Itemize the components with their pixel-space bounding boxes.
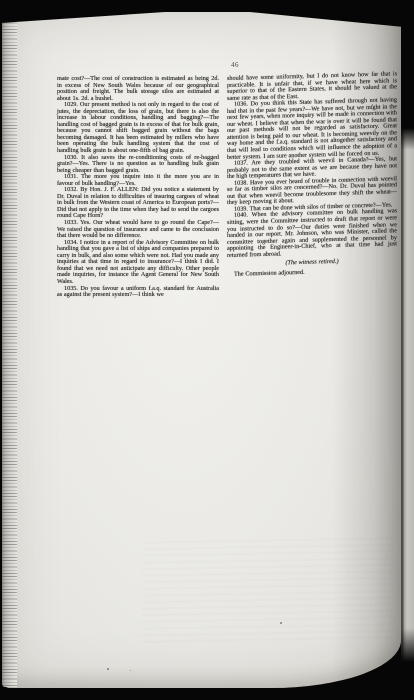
scan-speck bbox=[107, 668, 109, 670]
book-page: 46 mate cost?—The cost of construction i… bbox=[4, 12, 401, 688]
text-column-right: should have some uniformity, but I do no… bbox=[227, 71, 397, 278]
paragraph: mate cost?—The cost of construction is e… bbox=[57, 76, 219, 102]
next-page-fore-edge bbox=[401, 128, 414, 662]
commission-adjourned-line: The Commission adjourned. bbox=[227, 267, 397, 278]
reverse-side-showthrough bbox=[142, 538, 394, 642]
text-column-left: mate cost?—The cost of construction is e… bbox=[57, 76, 219, 299]
paragraph: 1032. By Hon. J. F. ALLEN: Did you notic… bbox=[57, 187, 219, 220]
scan-speck bbox=[372, 104, 373, 106]
paragraph: 1029. Our present method is not only in … bbox=[57, 102, 219, 154]
paragraph: 1040. When the advisory committee on bul… bbox=[227, 209, 397, 260]
paragraph: 1030. It also saves the re-conditioning … bbox=[57, 155, 219, 175]
paragraph: 1034. I notice in a report of the Adviso… bbox=[57, 240, 219, 286]
paragraph: 1033. Yes. Our wheat would have to go ro… bbox=[57, 220, 219, 240]
paragraph: 1035. Do you favour a uniform f.a.q. sta… bbox=[57, 286, 219, 299]
scanned-book-photo: { "colors": { "background": "#060606", "… bbox=[0, 0, 414, 700]
paragraph: 1036. Do you think this State has suffer… bbox=[227, 97, 397, 161]
stacked-page-edges bbox=[2, 13, 17, 687]
scan-speck bbox=[280, 622, 282, 624]
page-number: 46 bbox=[220, 61, 250, 69]
scan-speck bbox=[130, 670, 131, 671]
